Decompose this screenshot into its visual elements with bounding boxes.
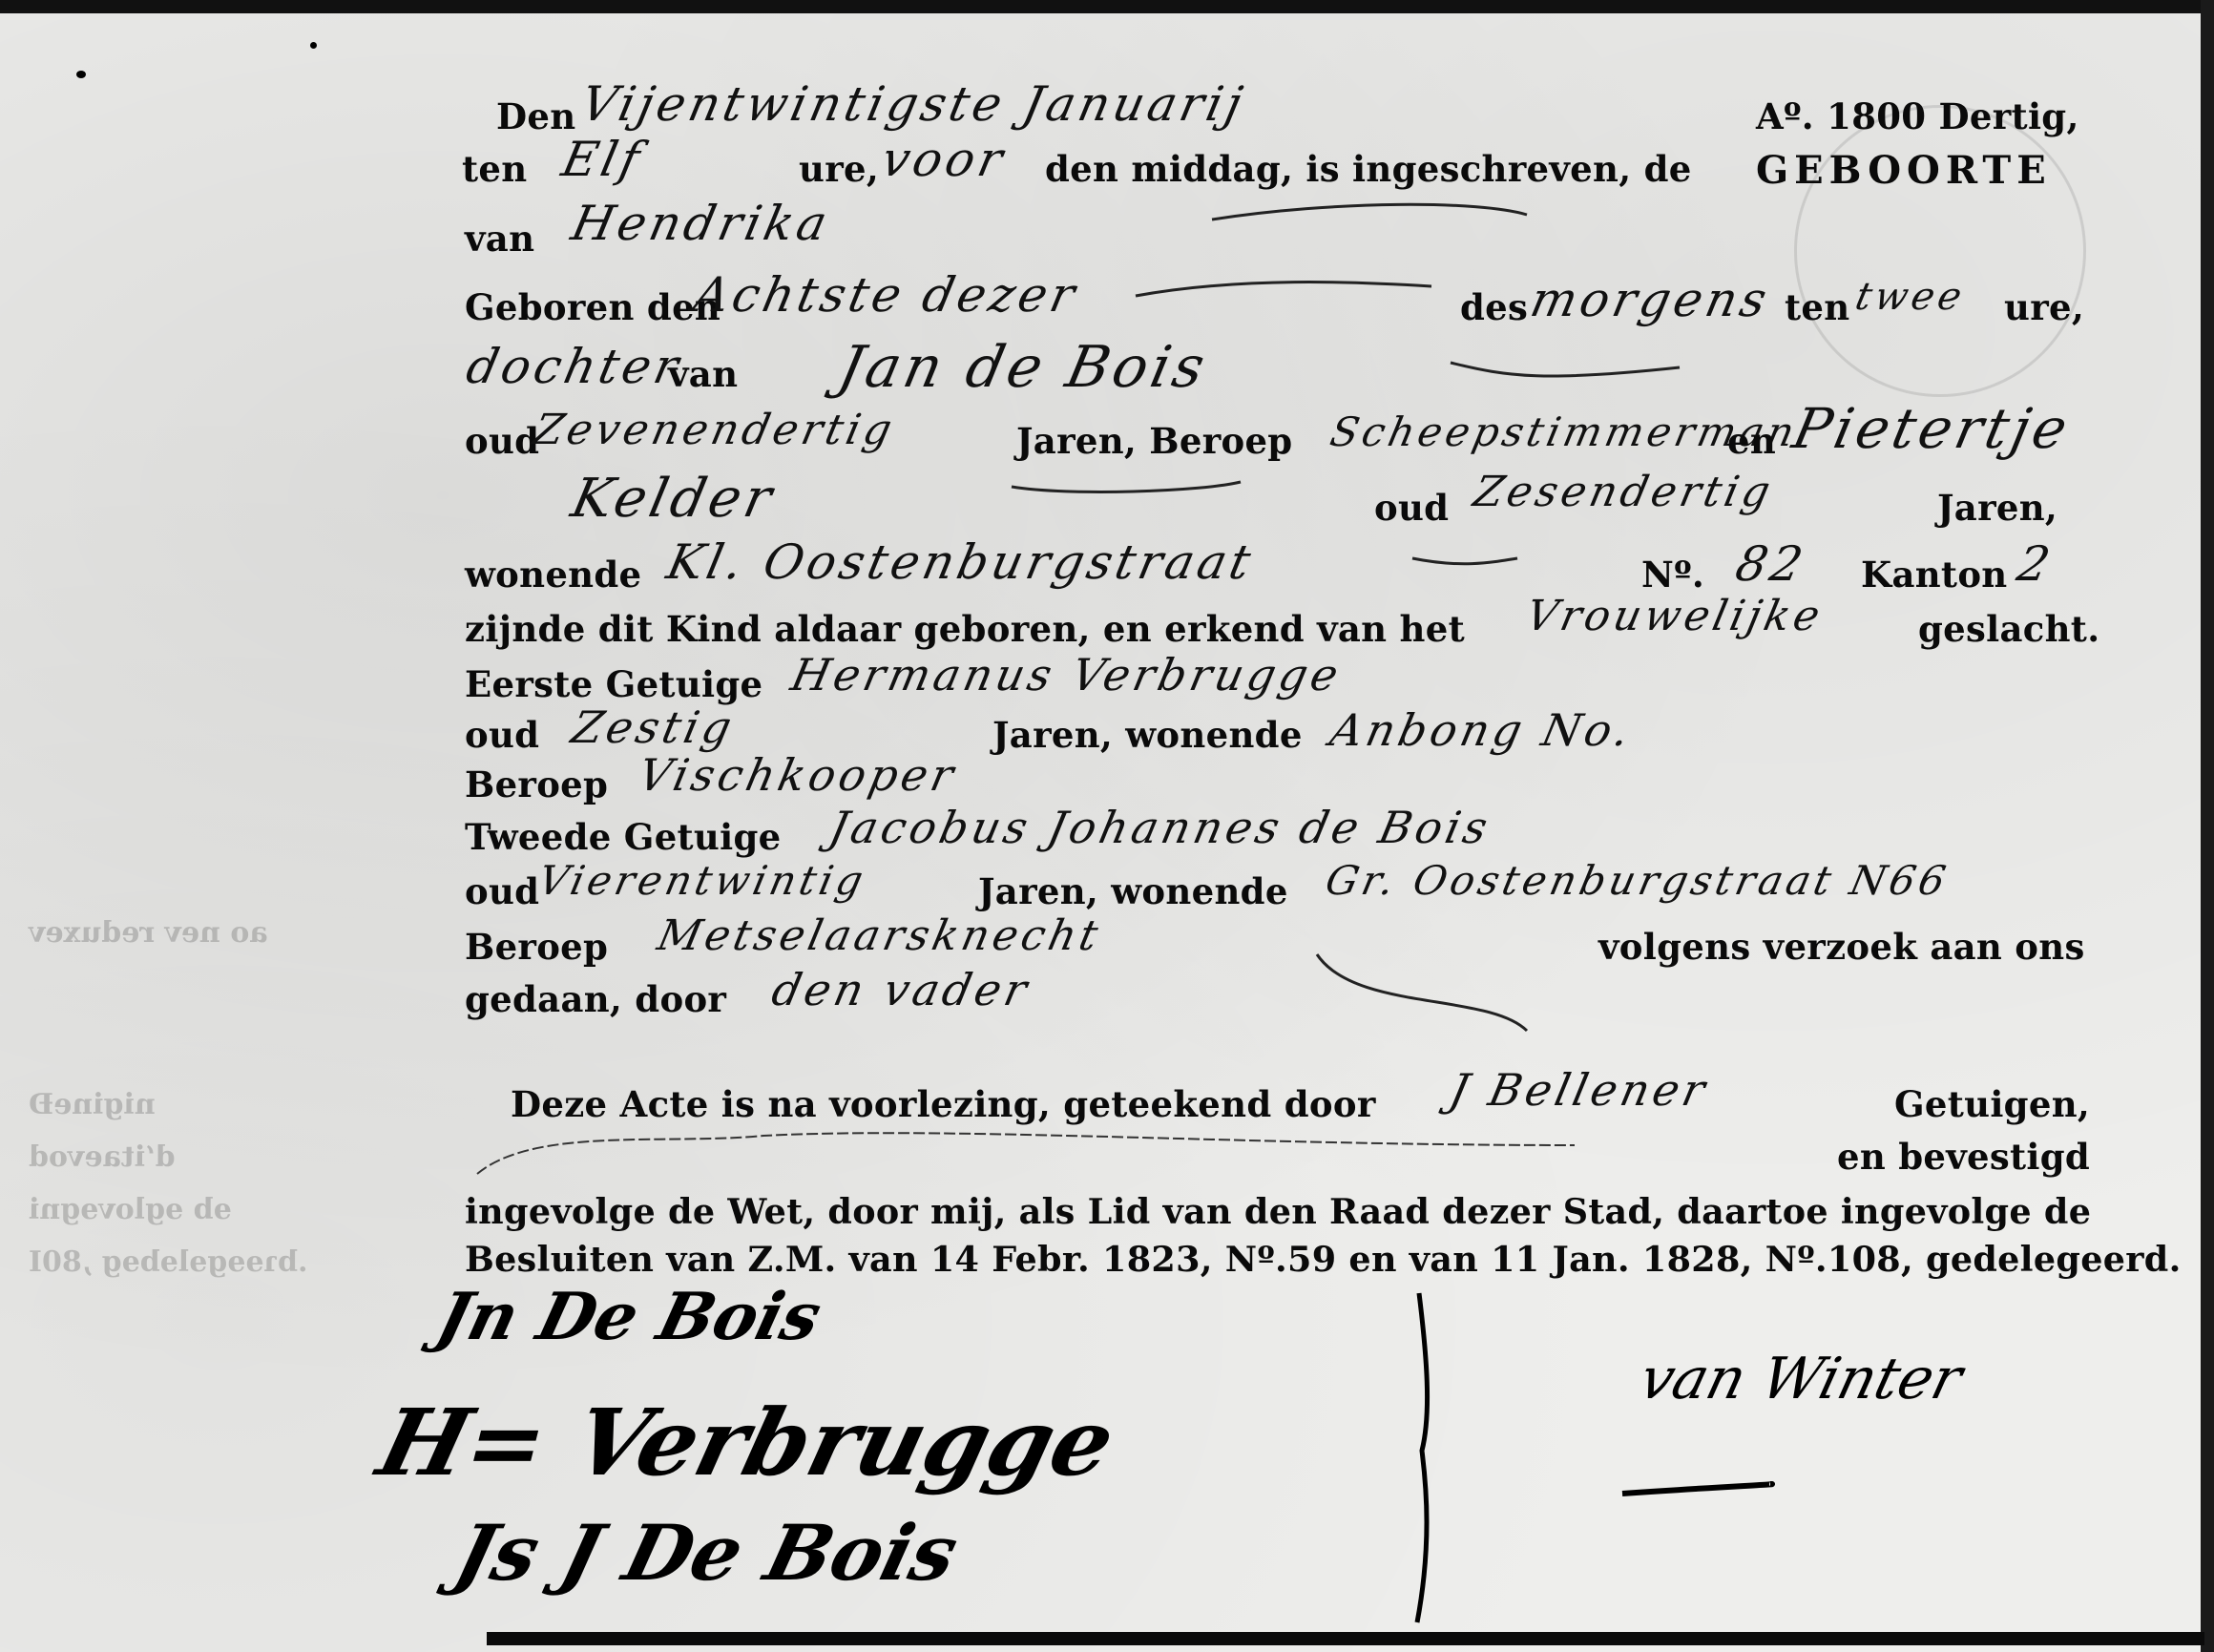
scan-border-bottom <box>487 1632 2204 1645</box>
pen-flourishes <box>0 0 2214 1652</box>
